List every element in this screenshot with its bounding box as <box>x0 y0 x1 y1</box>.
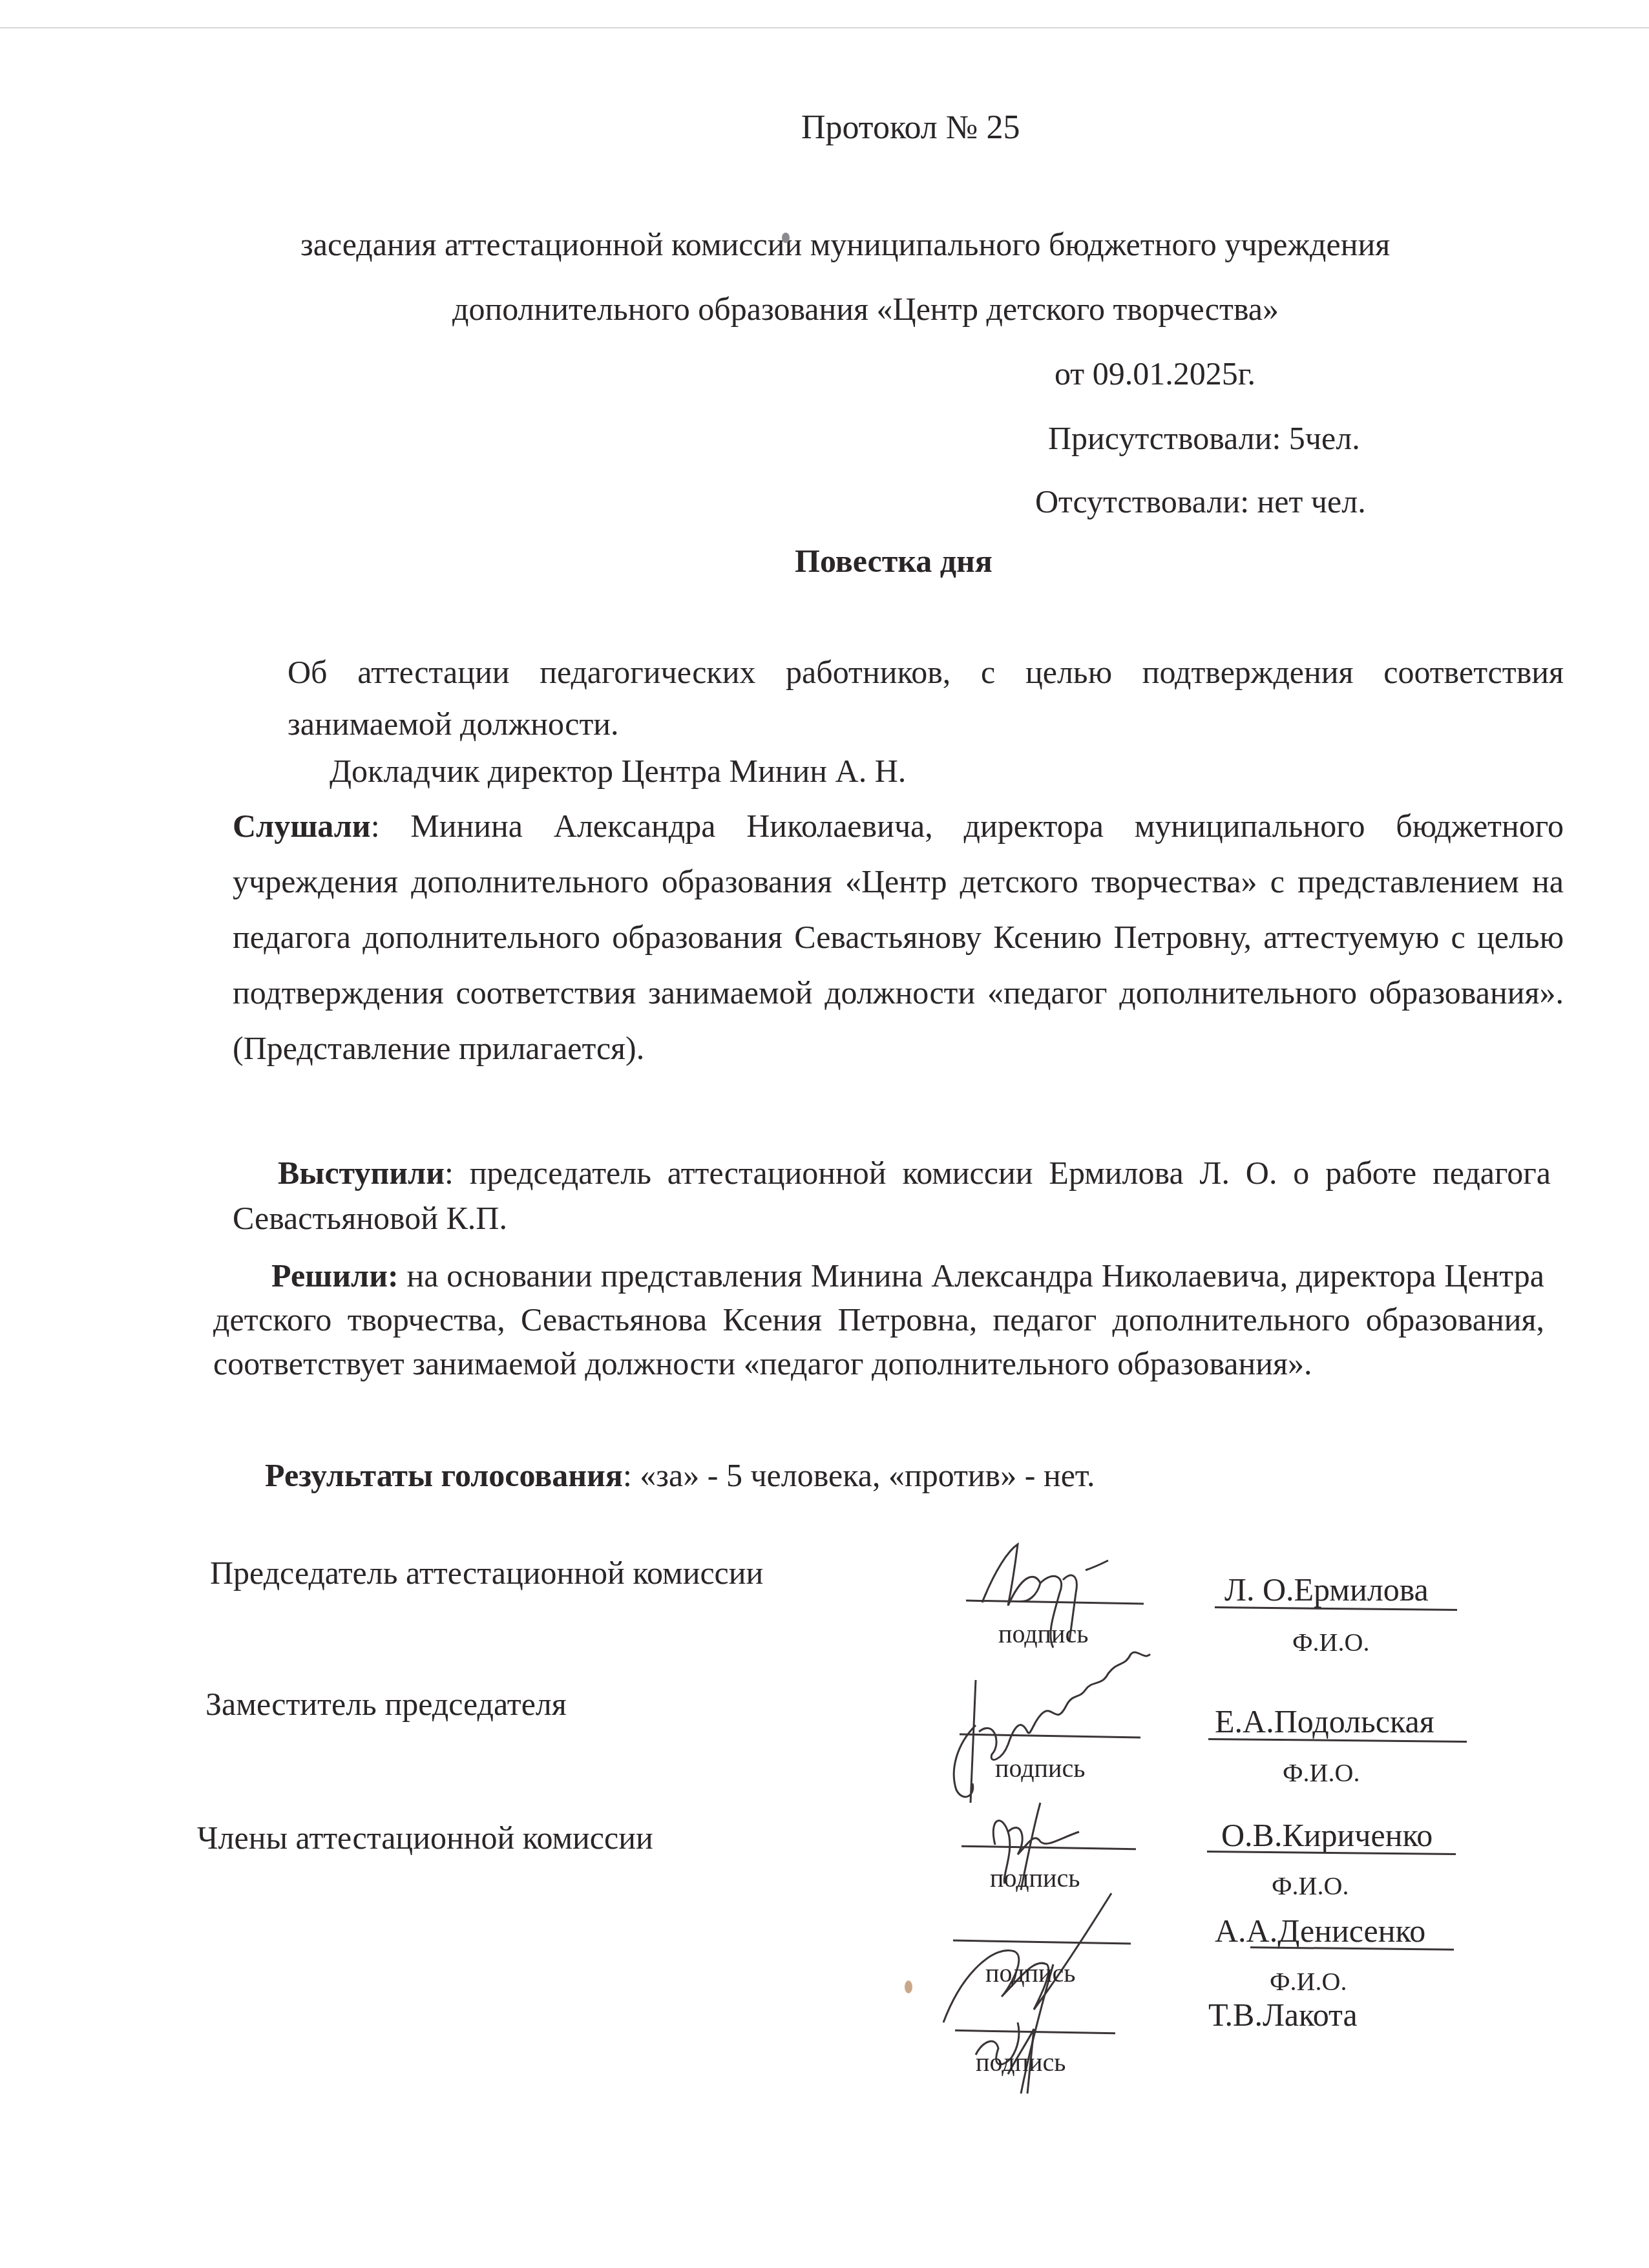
member3-signature-caption: подпись <box>976 2047 1066 2077</box>
member1-name: О.В.Кириченко <box>1221 1817 1433 1854</box>
agenda-heading: Повестка дня <box>795 543 993 580</box>
scan-speck <box>905 1980 912 1993</box>
scan-speck <box>782 233 790 243</box>
attendance-absent: Отсутствовали: нет чел. <box>1035 483 1366 521</box>
decided-text: на основании представления Минина Алекса… <box>213 1257 1544 1381</box>
heard-section: Слушали: Минина Александра Николаевича, … <box>233 798 1564 1076</box>
member2-name: А.А.Денисенко <box>1215 1913 1425 1950</box>
members-role: Члены аттестационной комиссии <box>197 1819 653 1856</box>
votes-label: Результаты голосования <box>265 1457 623 1493</box>
member3-name: Т.В.Лакота <box>1208 1997 1358 2034</box>
attendance-present: Присутствовали: 5чел. <box>1048 420 1360 457</box>
decided-label: Решили: <box>271 1257 399 1294</box>
deputy-signature-caption: подпись <box>995 1753 1085 1783</box>
agenda-text: Об аттестации педагогических работников,… <box>288 646 1564 750</box>
deputy-signature-icon <box>930 1641 1215 1809</box>
member2-signature-caption: подпись <box>985 1958 1075 1988</box>
votes-section: Результаты голосования: «за» - 5 человек… <box>265 1457 1095 1495</box>
deputy-name: Е.А.Подольская <box>1215 1703 1434 1741</box>
spoke-section: Выступили: председатель аттестационной к… <box>233 1150 1551 1241</box>
heard-text: : Минина Александра Николаевича, директо… <box>233 808 1564 1066</box>
member1-name-caption: Ф.И.О. <box>1272 1871 1349 1901</box>
deputy-name-caption: Ф.И.О. <box>1283 1758 1360 1788</box>
deputy-role: Заместитель председателя <box>205 1685 567 1723</box>
heard-label: Слушали <box>233 808 371 844</box>
subtitle-line-2: дополнительного образования «Центр детск… <box>452 291 1279 328</box>
document-page: Протокол № 25 заседания аттестационной к… <box>0 0 1649 2268</box>
chair-role: Председатель аттестационной комиссии <box>210 1554 763 1591</box>
chair-name-caption: Ф.И.О. <box>1292 1627 1369 1657</box>
scan-edge-line <box>0 27 1649 28</box>
agenda-speaker: Докладчик директор Центра Минин А. Н. <box>330 753 906 790</box>
subtitle-line-1: заседания аттестационной комиссии муници… <box>300 226 1390 264</box>
votes-text: : «за» - 5 человека, «против» - нет. <box>623 1457 1095 1493</box>
chair-name: Л. О.Ермилова <box>1224 1571 1429 1609</box>
protocol-date: от 09.01.2025г. <box>1055 355 1255 393</box>
member2-name-caption: Ф.И.О. <box>1270 1966 1347 1997</box>
spoke-label: Выступили <box>278 1155 445 1191</box>
protocol-title: Протокол № 25 <box>801 109 1020 147</box>
decided-section: Решили: на основании представления Минин… <box>213 1254 1544 1385</box>
